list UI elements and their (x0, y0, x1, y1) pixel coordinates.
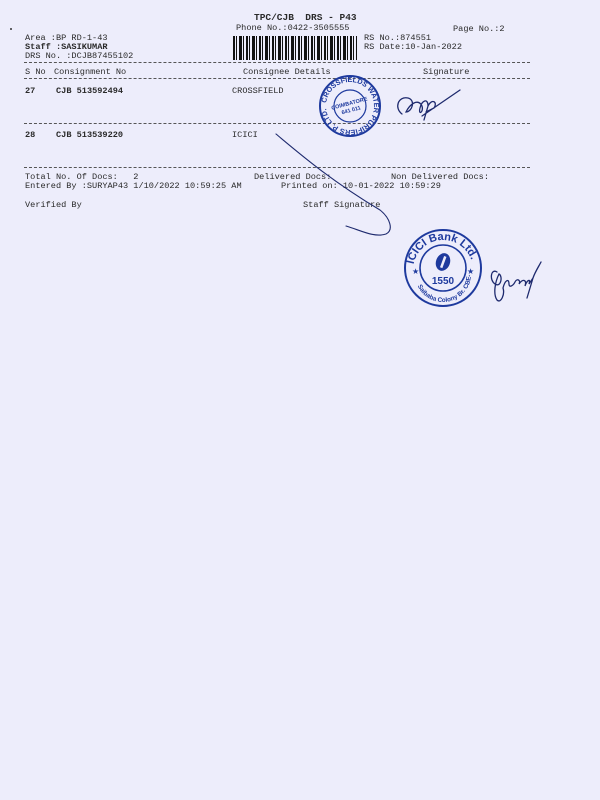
row-consignment-no: CJB 513539220 (56, 130, 123, 140)
divider (24, 62, 530, 63)
col-header-signature: Signature (423, 67, 469, 77)
row-sno: 28 (25, 130, 35, 140)
scan-speck (10, 28, 12, 30)
svg-text:★: ★ (412, 267, 419, 276)
entered-by: Entered By :SURYAP43 1/10/2022 10:59:25 … (25, 181, 242, 191)
page-number: Page No.:2 (453, 24, 505, 34)
verified-by: Verified By (25, 200, 82, 210)
crossfield-stamp: CROSSFIELDS WATER PURIFIERS P. LTD. ★ CO… (318, 74, 382, 138)
icici-signature (487, 258, 547, 304)
rs-date: RS Date:10-Jan-2022 (364, 42, 462, 52)
row-consignee: CROSSFIELD (232, 86, 284, 96)
row-consignee: ICICI (232, 130, 258, 140)
divider (24, 78, 530, 79)
svg-text:★: ★ (467, 267, 474, 276)
document-title: TPC/CJB DRS - P43 (254, 13, 357, 23)
row-consignment-no: CJB 513592494 (56, 86, 123, 96)
pen-stroke (270, 130, 400, 240)
svg-text:1550: 1550 (432, 276, 455, 287)
phone-number: Phone No.:0422-3505555 (236, 23, 349, 33)
barcode (233, 36, 357, 60)
col-header-sno: S No (25, 67, 46, 77)
col-header-consignment: Consignment No (54, 67, 126, 77)
crossfield-signature (392, 86, 462, 126)
icici-bank-stamp: ICICI Bank Ltd. Saibaba Colony Br. CBE-4… (403, 228, 483, 308)
drs-number: DRS No. :DCJB87455102 (25, 51, 133, 61)
row-sno: 27 (25, 86, 35, 96)
